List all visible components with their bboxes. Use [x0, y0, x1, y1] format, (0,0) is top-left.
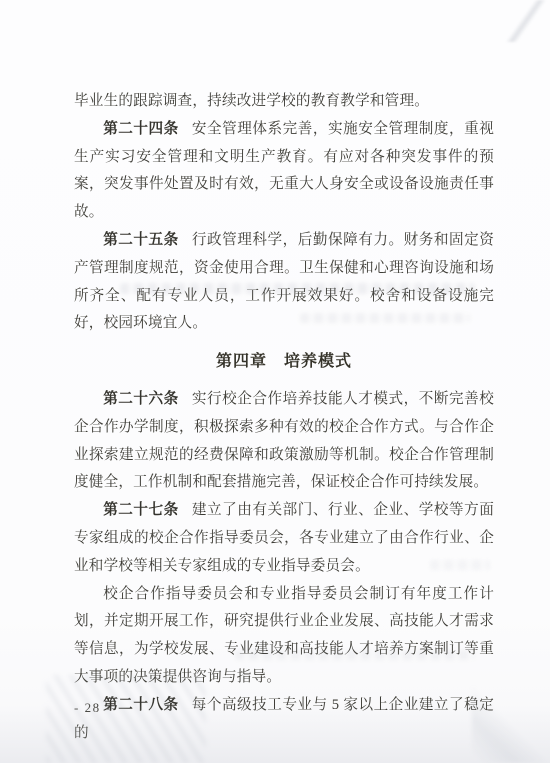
article-27: 第二十七条建立了由有关部门、行业、企业、学校等方面专家组成的校企合作指导委员会，…: [74, 497, 494, 580]
paragraph-text: 校企合作指导委员会和专业指导委员会制订有年度工作计划，并定期开展工作，研究提供行…: [74, 586, 494, 685]
scanned-document-page: 毕业生的跟踪调查，持续改进学校的教育教学和管理。 第二十四条安全管理体系完善，实…: [0, 0, 550, 763]
chapter-heading: 第四章 培养模式: [74, 348, 494, 376]
article-28: 第二十八条每个高级技工专业与 5 家以上企业建立了稳定的: [74, 692, 494, 748]
article-25-number: 第二十五条: [103, 232, 179, 248]
article-28-number: 第二十八条: [103, 697, 178, 713]
article-27-number: 第二十七条: [103, 502, 179, 518]
paragraph-continuation: 毕业生的跟踪调查，持续改进学校的教育教学和管理。: [74, 88, 494, 116]
article-25: 第二十五条行政管理科学，后勤保障有力。财务和固定资产管理制度规范，资金使用合理。…: [74, 227, 494, 338]
article-26-number: 第二十六条: [103, 391, 179, 407]
article-26: 第二十六条实行校企合作培养技能人才模式，不断完善校企合作办学制度，积极探索多种有…: [74, 386, 494, 497]
paragraph-text: 毕业生的跟踪调查，持续改进学校的教育教学和管理。: [74, 93, 429, 109]
paragraph-committee-work: 校企合作指导委员会和专业指导委员会制订有年度工作计划，并定期开展工作，研究提供行…: [74, 581, 494, 692]
document-text-block: 毕业生的跟踪调查，持续改进学校的教育教学和管理。 第二十四条安全管理体系完善，实…: [0, 0, 550, 747]
article-24: 第二十四条安全管理体系完善，实施安全管理制度，重视生产实习安全管理和文明生产教育…: [74, 116, 494, 227]
page-number: - 28 -: [74, 700, 111, 716]
article-24-number: 第二十四条: [103, 121, 179, 137]
